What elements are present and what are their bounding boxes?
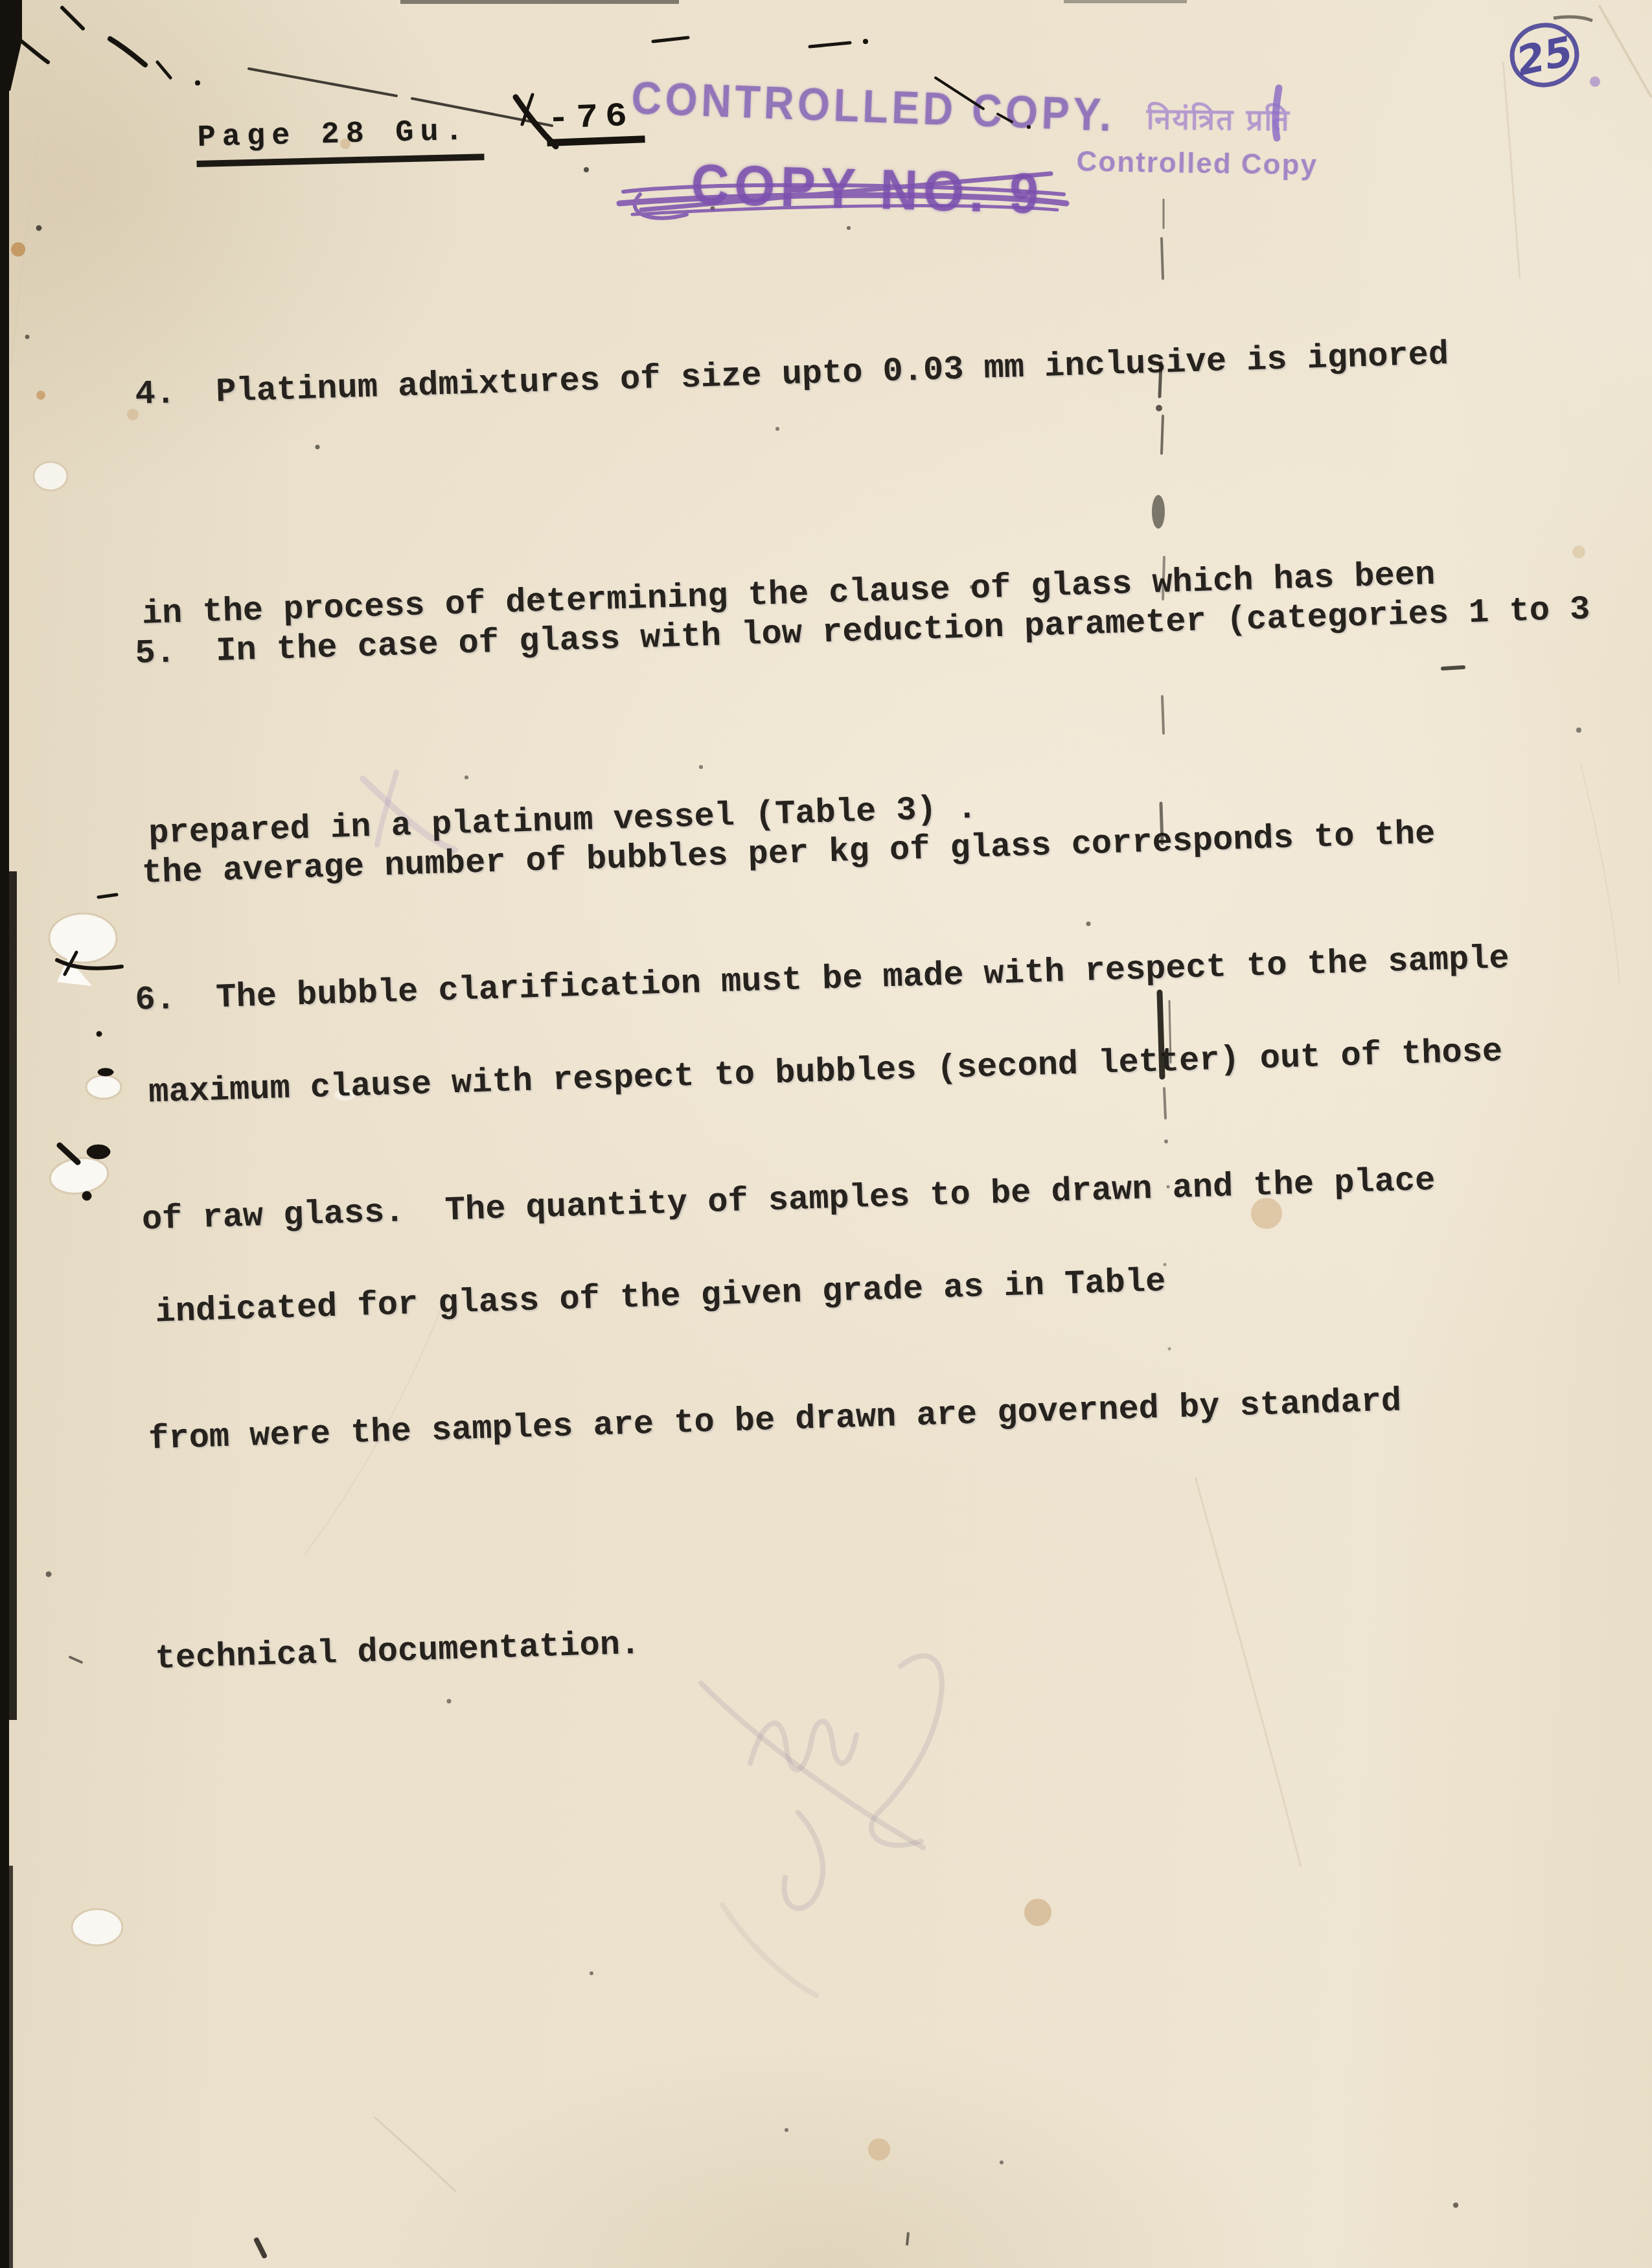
ink-artifacts-layer: 25 [0,0,1652,2268]
circled-page-number: 25 [1508,17,1592,89]
scan-edge [0,0,1187,2268]
scanned-document-page: Page 28 Gu. -76 CONTROLLED COPY. COPY NO… [0,0,1652,2268]
ink-specks [257,207,1581,2256]
top-crease-marks [17,8,1031,172]
left-margin-marks [25,225,122,1662]
fold-line [1152,200,1171,1351]
strikethrough-scribble [619,174,1066,218]
